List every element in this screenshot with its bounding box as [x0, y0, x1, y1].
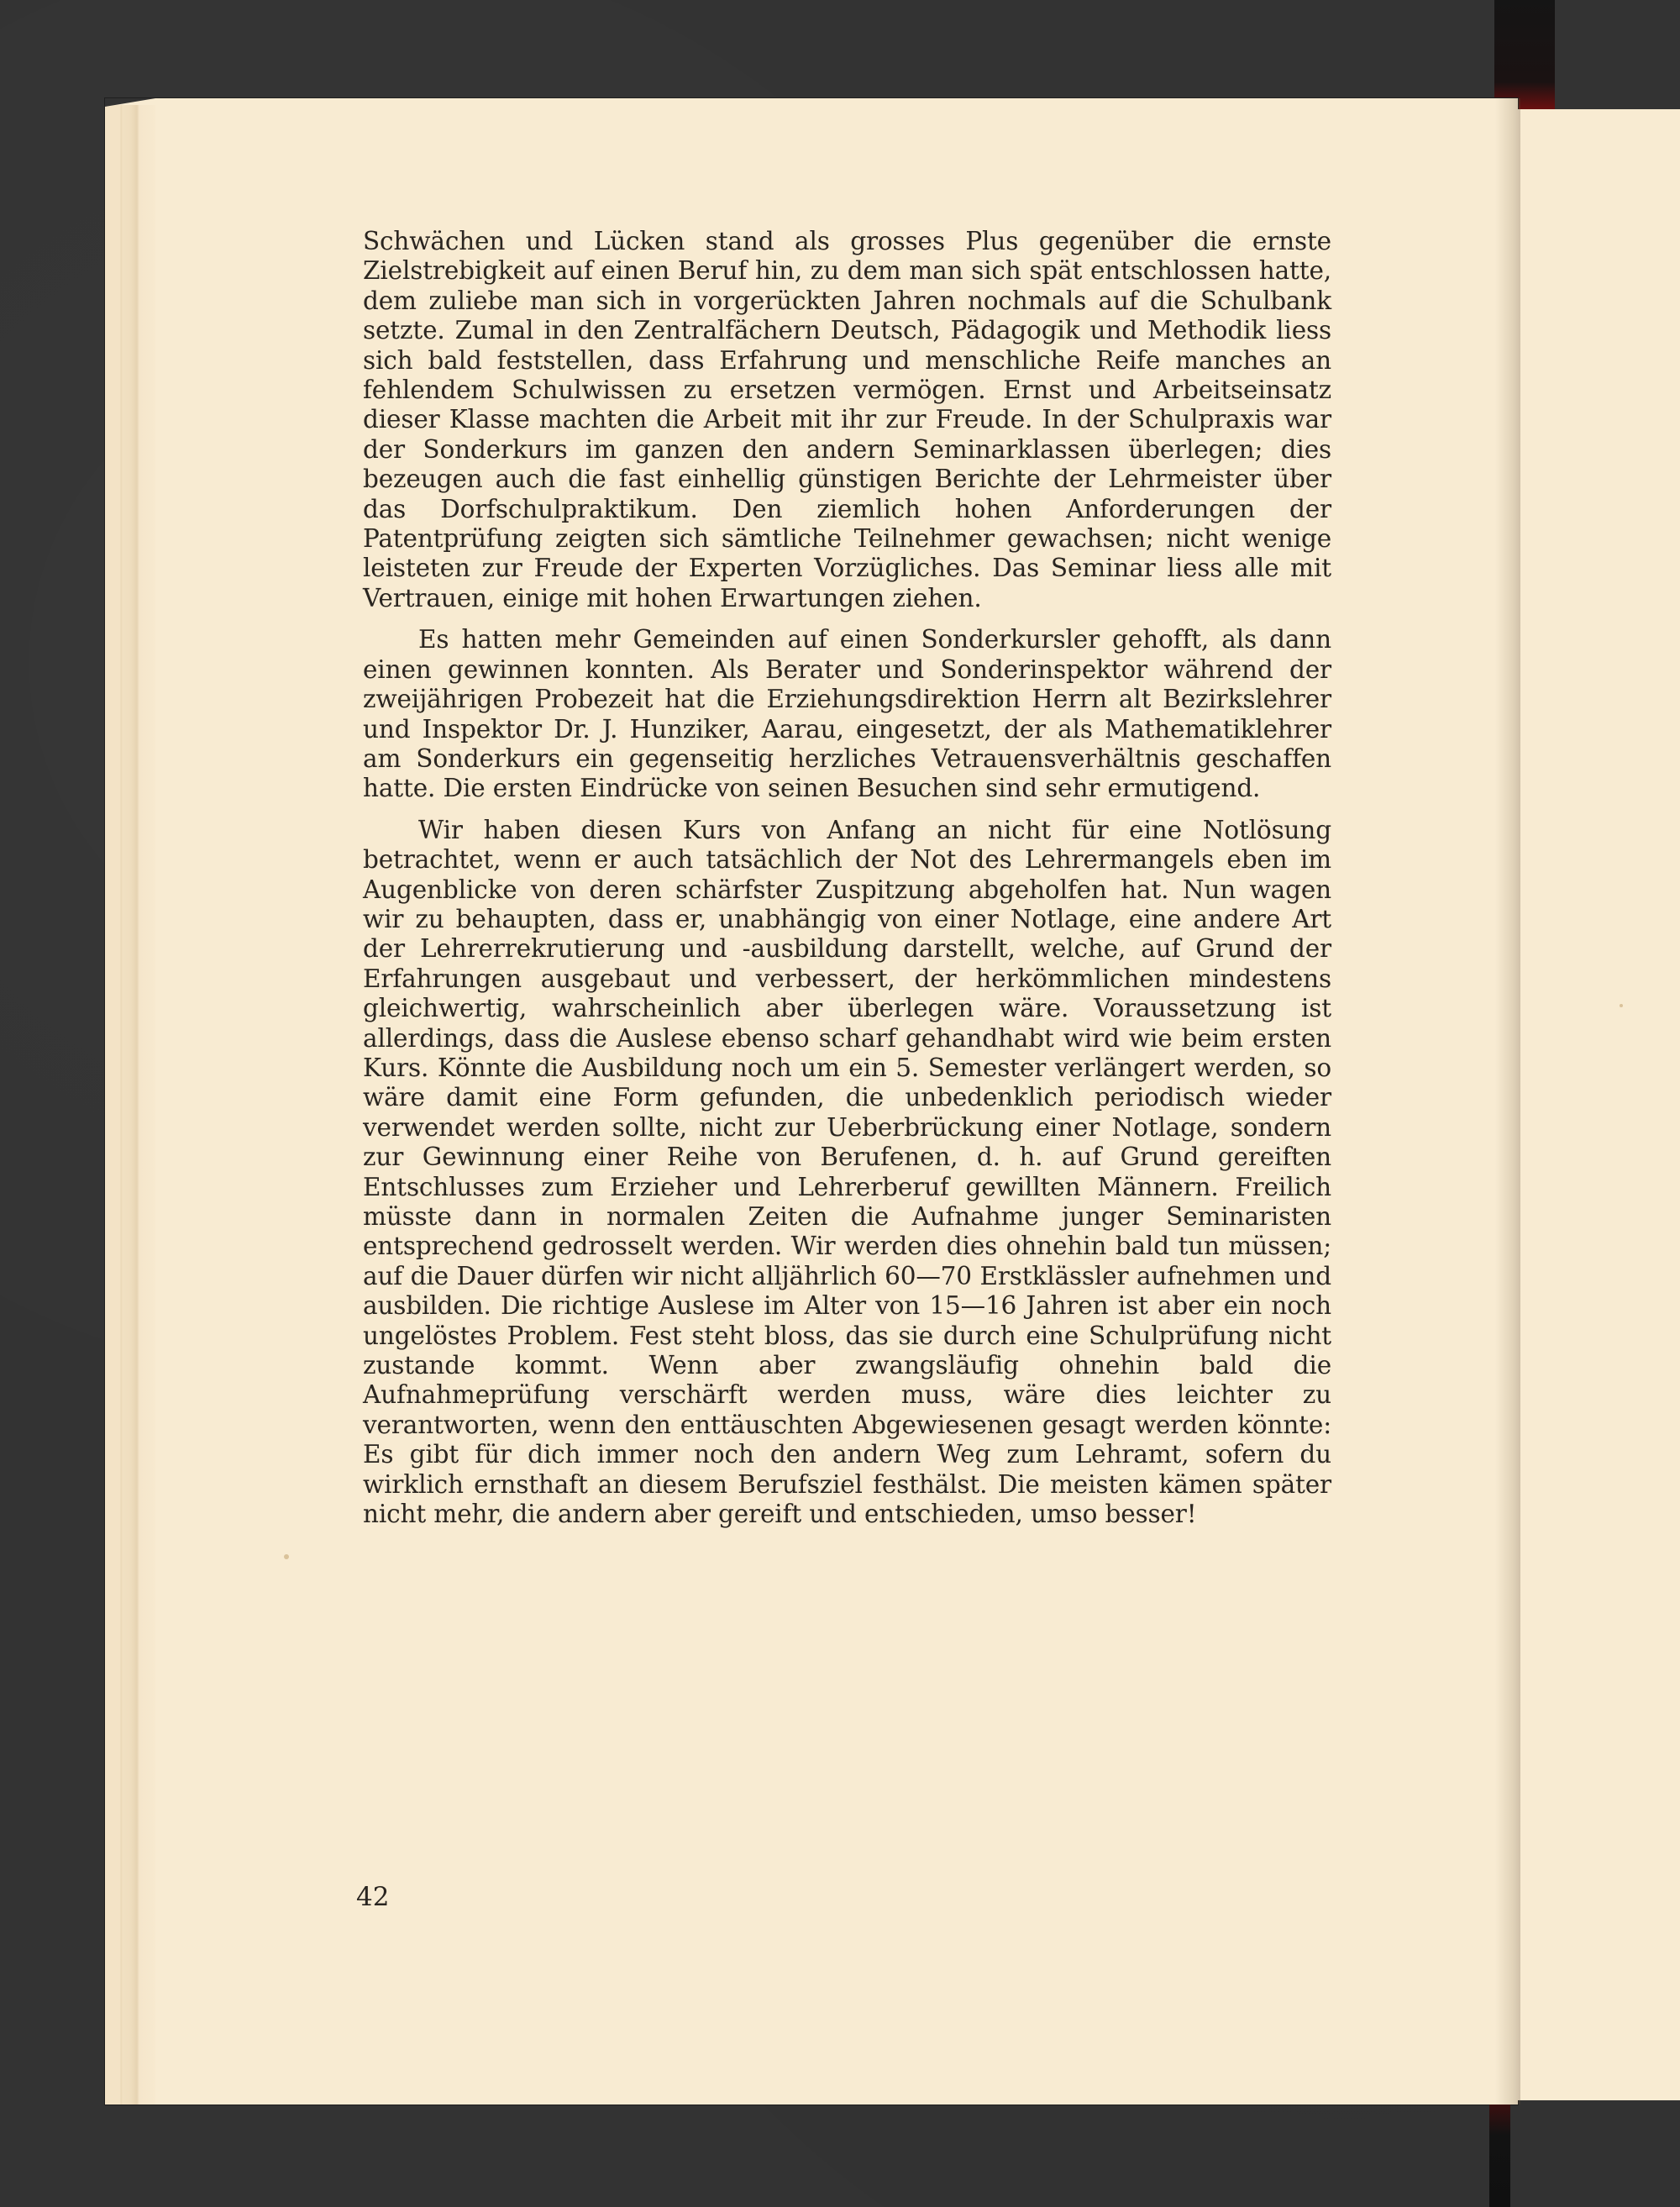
book-gutter: [1495, 98, 1520, 2105]
paragraph-3: Wir haben diesen Kurs von Anfang an nich…: [363, 816, 1331, 1530]
paragraph-1: Schwächen und Lücken stand als grosses P…: [363, 227, 1331, 613]
body-text: Schwächen und Lücken stand als grosses P…: [363, 227, 1331, 1541]
paragraph-2: Es hatten mehr Gemeinden auf einen Sonde…: [363, 625, 1331, 803]
bookmark-ribbon-bottom: [1489, 2105, 1510, 2207]
book-page-right: [1518, 109, 1680, 2100]
page-edges: [105, 105, 155, 2105]
page-number: 42: [356, 1882, 389, 1912]
paper-speck: [1620, 1004, 1623, 1007]
bookmark-ribbon-top: [1494, 0, 1555, 109]
paper-speck: [284, 1554, 289, 1559]
